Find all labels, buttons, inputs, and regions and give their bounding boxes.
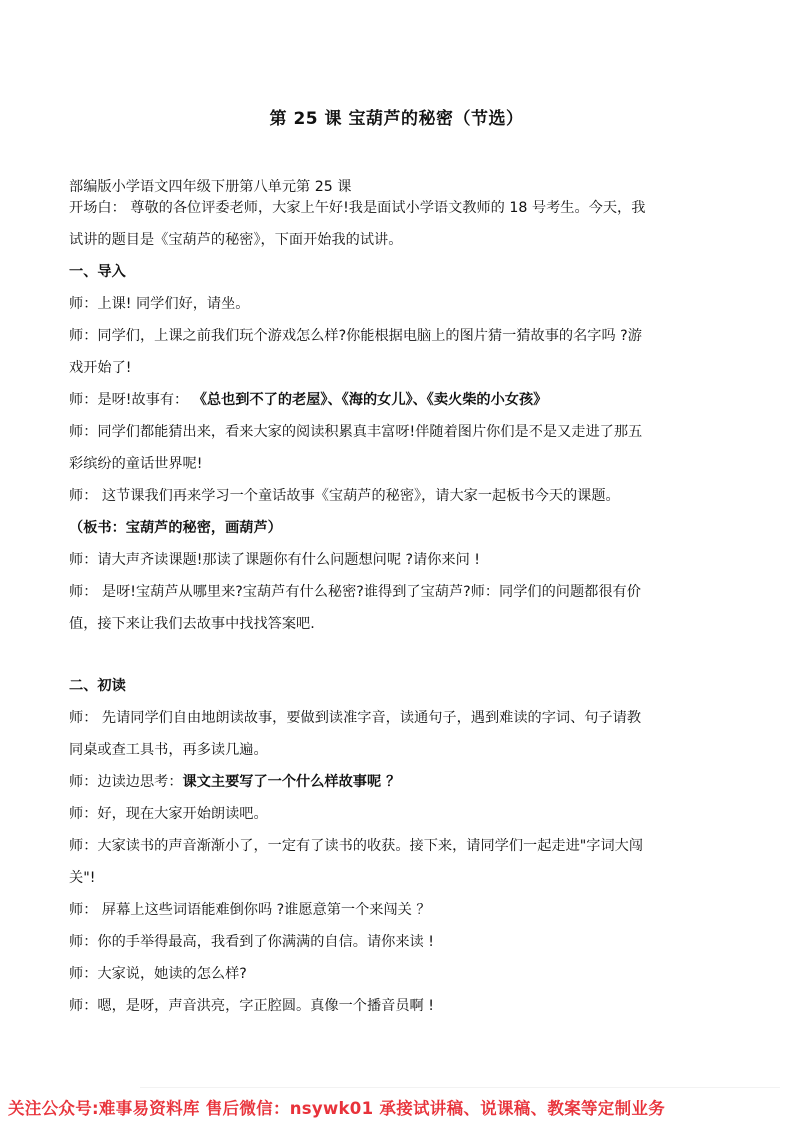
paragraph-line: 师：大家读书的声音渐渐小了，一定有了读书的收获。接下来，请同学们一起走进"字词大… bbox=[69, 836, 643, 856]
paragraph-line: 师： 是呀!宝葫芦从哪里来?宝葫芦有什么秘密?谁得到了宝葫芦?师：同学们的问题都… bbox=[69, 582, 641, 602]
paragraph-line: 师： 先请同学们自由地朗读故事，要做到读准字音，读通句子，遇到难读的字词、句子请… bbox=[69, 708, 641, 728]
paragraph-line: 开场白： 尊敬的各位评委老师，大家上午好!我是面试小学语文教师的 18 号考生。… bbox=[69, 198, 645, 218]
paragraph-line: 师：上课! 同学们好，请坐。 bbox=[69, 294, 249, 314]
paragraph-line: 关"! bbox=[69, 868, 95, 888]
paragraph-line: 师： 屏幕上这些词语能难倒你吗 ?谁愿意第一个来闯关 ？ bbox=[69, 900, 431, 920]
paragraph-line: 师：同学们都能猜出来，看来大家的阅读积累真丰富呀!伴随着图片你们是不是又走进了那… bbox=[69, 422, 642, 442]
paragraph-line: 师：大家说，她读的怎么样? bbox=[69, 964, 247, 984]
paragraph-line: 师：嗯，是呀，声音洪亮，字正腔圆。真像一个播音员啊 ! bbox=[69, 996, 434, 1016]
paragraph-line: 师：请大声齐读课题!那读了课题你有什么问题想问呢 ?请你来问 ! bbox=[69, 550, 480, 570]
paragraph-line: 师：好，现在大家开始朗读吧。 bbox=[69, 804, 268, 824]
paragraph-line: 同桌或查工具书，再多读几遍。 bbox=[69, 740, 268, 760]
page-title: 第 25 课 宝葫芦的秘密（节选） bbox=[0, 104, 793, 129]
paragraph-line: 试讲的题目是《宝葫芦的秘密》，下面开始我的试讲。 bbox=[69, 230, 402, 250]
line-text: 师：边读边思考： bbox=[69, 774, 183, 790]
paragraph-line: 师：是呀!故事有： 《总也到不了的老屋》、《海的女儿》、《卖火柴的小女孩》 bbox=[69, 390, 547, 410]
footer-banner: 关注公众号:难事易资料库 售后微信：nsywk01 承接试讲稿、说课稿、教案等定… bbox=[8, 1095, 665, 1119]
section-heading: （板书：宝葫芦的秘密，画葫芦） bbox=[69, 518, 282, 538]
paragraph-line: 师： 这节课我们再来学习一个童话故事《宝葫芦的秘密》，请大家一起板书今天的课题。 bbox=[69, 486, 620, 506]
line-text: 师：是呀!故事有： bbox=[69, 392, 193, 408]
emphasized-text: 《总也到不了的老屋》、《海的女儿》、《卖火柴的小女孩》 bbox=[193, 392, 548, 408]
footer-divider bbox=[140, 1087, 780, 1088]
paragraph-line: 值，接下来让我们去故事中找找答案吧. bbox=[69, 614, 315, 634]
paragraph-line: 彩缤纷的童话世界呢! bbox=[69, 454, 202, 474]
paragraph-line: 师：你的手举得最高，我看到了你满满的自信。请你来读 ! bbox=[69, 932, 434, 952]
paragraph-line: 师：同学们，上课之前我们玩个游戏怎么样?你能根据电脑上的图片猜一猜故事的名字吗 … bbox=[69, 326, 642, 346]
emphasized-text: 课文主要写了一个什么样故事呢 ？ bbox=[183, 774, 401, 790]
paragraph-line: 师：边读边思考：课文主要写了一个什么样故事呢 ？ bbox=[69, 772, 400, 792]
section-heading: 一、导入 bbox=[69, 262, 126, 282]
section-heading: 二、初读 bbox=[69, 676, 126, 696]
document-subtitle: 部编版小学语文四年级下册第八单元第 25 课 bbox=[69, 177, 351, 197]
paragraph-line: 戏开始了! bbox=[69, 358, 131, 378]
